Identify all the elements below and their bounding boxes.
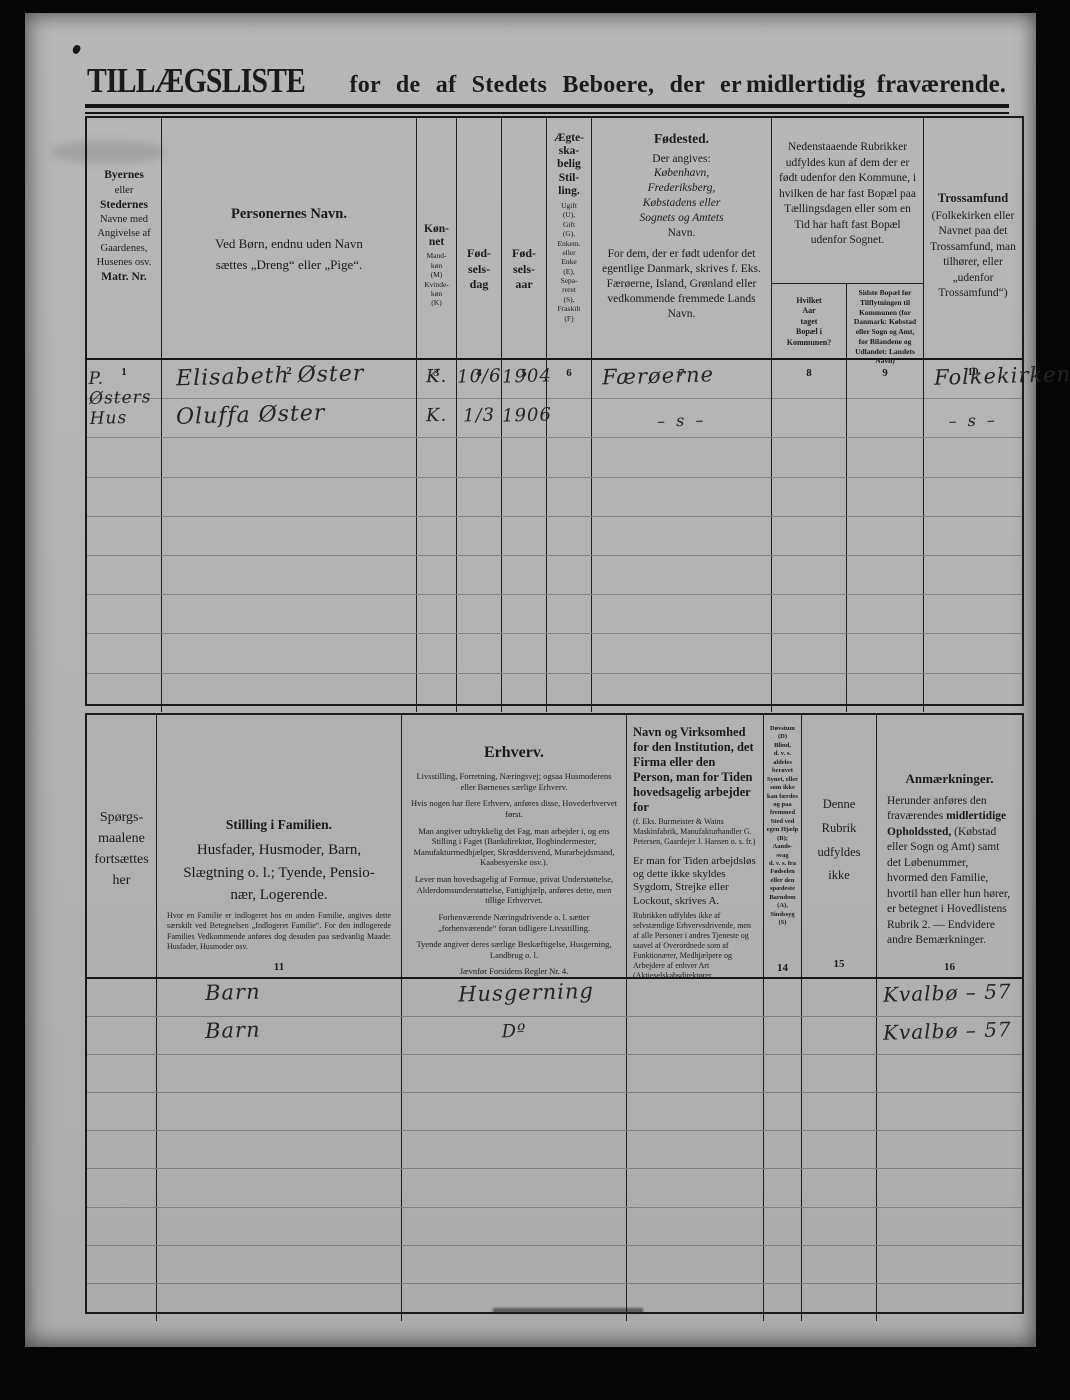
col-header-disabilities: Døvstum (D) Blind, d. v. s. aldeles berø…	[764, 715, 802, 977]
col14-fineprint: Døvstum (D) Blind, d. v. s. aldeles berø…	[764, 725, 801, 928]
col5-title: Fød- sels- aar	[512, 246, 536, 293]
col-header-not-filled: Denne Rubrik udfyldes ikke 15	[802, 715, 877, 977]
entry-sex: K.	[417, 399, 457, 427]
col16-number: 16	[944, 960, 955, 977]
table-row: P. Østers Hus Elisabeth Øster K. 10/6 19…	[87, 360, 1022, 399]
table-row-empty	[87, 1093, 1022, 1131]
col7-p1-italic: København, Frederiksberg, Købstadens ell…	[639, 166, 723, 226]
col-header-religion: Trossamfund (Folkekirken eller Navnet pa…	[924, 118, 1022, 382]
scanned-census-sheet: TILLÆGSLISTE for de af Stedets Beboere, …	[25, 13, 1036, 1347]
entry-religion: Folkekirken	[924, 358, 1070, 390]
col16-body: Herunder anføres den fraværendes midlert…	[887, 794, 1012, 949]
page-title: TILLÆGSLISTE for de af Stedets Beboere, …	[87, 61, 1012, 101]
table-row-empty	[87, 517, 1022, 556]
entry-family-position: Barn	[157, 978, 261, 1007]
col12-p1: Livsstilling, Forretning, Næringsvej; og…	[410, 771, 618, 792]
table-row-empty	[87, 1169, 1022, 1207]
table-row-empty	[87, 1208, 1022, 1246]
entry-birthyear: 1904	[502, 359, 547, 387]
entry-birthyear: 1906	[502, 399, 547, 427]
col12-p7: Jævnfør Forsidens Regler Nr. 4.	[460, 966, 569, 977]
col15-text: Denne Rubrik udfyldes ikke	[817, 793, 860, 888]
col13-fine2: Rubrikken udfyldes ikke af selvstændige …	[633, 911, 757, 977]
col11-fineprint: Hvor en Familie er indlogeret hos en and…	[167, 911, 391, 953]
entry-name: Elisabeth Øster	[162, 357, 365, 392]
entry-remark: Kvalbø – 57	[877, 1015, 1012, 1045]
title-bold-end: midlertidig fraværende.	[746, 71, 1006, 98]
col9-subtext: Sidste Bopæl før Tilflytningen til Kommu…	[850, 288, 920, 366]
entry-birthday: 10/6	[457, 359, 502, 387]
col12-p4: Lever man hovedsagelig af Formue, privat…	[410, 874, 618, 906]
col1-eller: eller	[115, 184, 134, 198]
col3-title: Køn- net	[424, 223, 449, 249]
col11-title: Stilling i Familien.	[226, 815, 332, 835]
col1-title-stedernes: Stedernes	[100, 198, 148, 214]
col8-subtext: Hvilket Aar taget Bopæl i Kommunen?	[787, 296, 831, 348]
col7-p1-end: Navn.	[668, 226, 696, 241]
table1-header: Byernes eller Stedernes Navne med Angive…	[87, 118, 1022, 360]
col16-title: Anmærkninger.	[905, 770, 993, 788]
entry-family-position: Barn	[157, 1016, 261, 1045]
table-row: Barn Dº Kvalbø – 57	[87, 1017, 1022, 1055]
entry-birthplace: Færøerne	[592, 358, 715, 389]
col12-p5: Forhenværende Næringsdrivende o. l. sætt…	[410, 912, 618, 933]
col2-subtext: Ved Børn, endnu uden Navn sættes „Dreng“…	[215, 234, 363, 276]
col13-p2: Er man for Tiden arbejdsløs og dette ikk…	[633, 855, 757, 908]
table-row-empty	[87, 1055, 1022, 1093]
col-header-name: Personernes Navn. Ved Børn, endnu uden N…	[162, 118, 417, 382]
table-row-empty	[87, 674, 1022, 712]
col11-number: 11	[274, 959, 284, 978]
table-row-empty	[87, 1246, 1022, 1284]
table-row: Oluffa Øster K. 1/3 1906 – s – – s –	[87, 399, 1022, 438]
col4-title: Fød- sels- dag	[467, 246, 491, 293]
entry-occupation-ditto: Dº	[402, 1014, 627, 1045]
col10-subtext: (Folkekirken eller Navnet paa det Trossa…	[930, 209, 1016, 302]
col14-number: 14	[777, 961, 788, 977]
col6-subtext: Ugift (U), Gift (G), Enkem. eller Enke (…	[557, 201, 580, 323]
entry-religion-ditto: – s –	[924, 398, 1023, 432]
col7-p1: Der angives:	[652, 152, 710, 167]
col-header-family-position: Stilling i Familien. Husfader, Husmoder,…	[157, 715, 402, 977]
col13-fine1: (f. Eks. Burmeister & Wains Maskinfabrik…	[633, 817, 757, 847]
entry-name: Oluffa Øster	[162, 397, 326, 431]
ink-speck	[72, 44, 82, 55]
col3-subtext: Mand- køn (M) Kvinde- køn (K)	[424, 251, 449, 307]
col89-merged-note: Nedenstaaende Rubrikker udfyldes kun af …	[772, 118, 923, 283]
side-label-text: Spørgs- maalene fortsættes her	[94, 807, 148, 891]
table-continued-questions: Spørgs- maalene fortsættes her Stilling …	[85, 713, 1024, 1314]
col16-body-t2: (Købstad eller Sogn og Amt) samt det Løb…	[887, 826, 1010, 947]
table-row-empty	[87, 634, 1022, 673]
table-row-empty	[87, 1284, 1022, 1321]
table-row-empty	[87, 556, 1022, 595]
col-header-birthday: Fød- sels- dag 4	[457, 118, 502, 382]
table-row-empty	[87, 1131, 1022, 1169]
col-header-marital: Ægte- ska- belig Stil- ling. Ugift (U), …	[547, 118, 592, 382]
col-header-birthyear: Fød- sels- aar 5	[502, 118, 547, 382]
col12-p2: Hvis nogen har flere Erhverv, anføres di…	[410, 798, 618, 819]
title-double-rule	[85, 104, 1009, 114]
entry-birthday: 1/3	[457, 399, 502, 427]
entry-remark: Kvalbø – 57	[877, 977, 1012, 1007]
col1-matr-nr: Matr. Nr.	[101, 270, 146, 286]
table-row-empty	[87, 438, 1022, 477]
col-header-remarks: Anmærkninger. Herunder anføres den fravæ…	[877, 715, 1022, 977]
table-row-empty	[87, 595, 1022, 634]
col1-subtext: Navne med Angivelse af Gaardenes, Husene…	[97, 213, 152, 270]
col7-title: Fødested.	[654, 130, 709, 148]
col12-p3: Man angiver udtrykkelig det Fag, man arb…	[410, 826, 618, 869]
side-label-questions-continue: Spørgs- maalene fortsættes her	[87, 715, 157, 977]
printer-imprint	[493, 1308, 643, 1313]
table2-header: Spørgs- maalene fortsættes her Stilling …	[87, 715, 1022, 979]
table-row: Barn Husgerning Kvalbø – 57	[87, 979, 1022, 1017]
col15-number: 15	[834, 954, 845, 977]
entry-sex: K.	[417, 359, 457, 387]
col10-title: Trossamfund	[938, 190, 1008, 207]
col-header-occupation: Erhverv. Livsstilling, Forretning, Nærin…	[402, 715, 627, 977]
col-header-moved-group: Nedenstaaende Rubrikker udfyldes kun af …	[772, 118, 924, 382]
col6-title: Ægte- ska- belig Stil- ling.	[554, 132, 584, 198]
col1-title-byernes: Byernes	[104, 168, 144, 184]
col-header-birthplace: Fødested. Der angives: København, Freder…	[592, 118, 772, 382]
table-row-empty	[87, 478, 1022, 517]
entry-birthplace-ditto: – s –	[592, 397, 772, 433]
col13-lead: Navn og Virksomhed for den Institution, …	[633, 725, 757, 815]
col-header-employer: Navn og Virksomhed for den Institution, …	[627, 715, 764, 977]
table-absent-residents: Byernes eller Stedernes Navne med Angive…	[85, 116, 1024, 706]
col7-p2: For dem, der er født udenfor det egentli…	[600, 247, 763, 322]
entry-occupation: Husgerning	[402, 976, 627, 1008]
col-header-sex: Køn- net Mand- køn (M) Kvinde- køn (K) 3	[417, 118, 457, 382]
col2-title: Personernes Navn.	[231, 203, 347, 226]
col11-subtext: Husfader, Husmoder, Barn, Slægtning o. l…	[183, 839, 375, 907]
title-middle: for de af Stedets Beboere, der er	[349, 72, 741, 98]
col12-title: Erhverv.	[484, 743, 544, 763]
col12-p6: Tyende angiver deres særlige Beskæftigel…	[410, 939, 618, 960]
col-header-place: Byernes eller Stedernes Navne med Angive…	[87, 118, 162, 382]
title-word-main: TILLÆGSLISTE	[87, 61, 305, 101]
